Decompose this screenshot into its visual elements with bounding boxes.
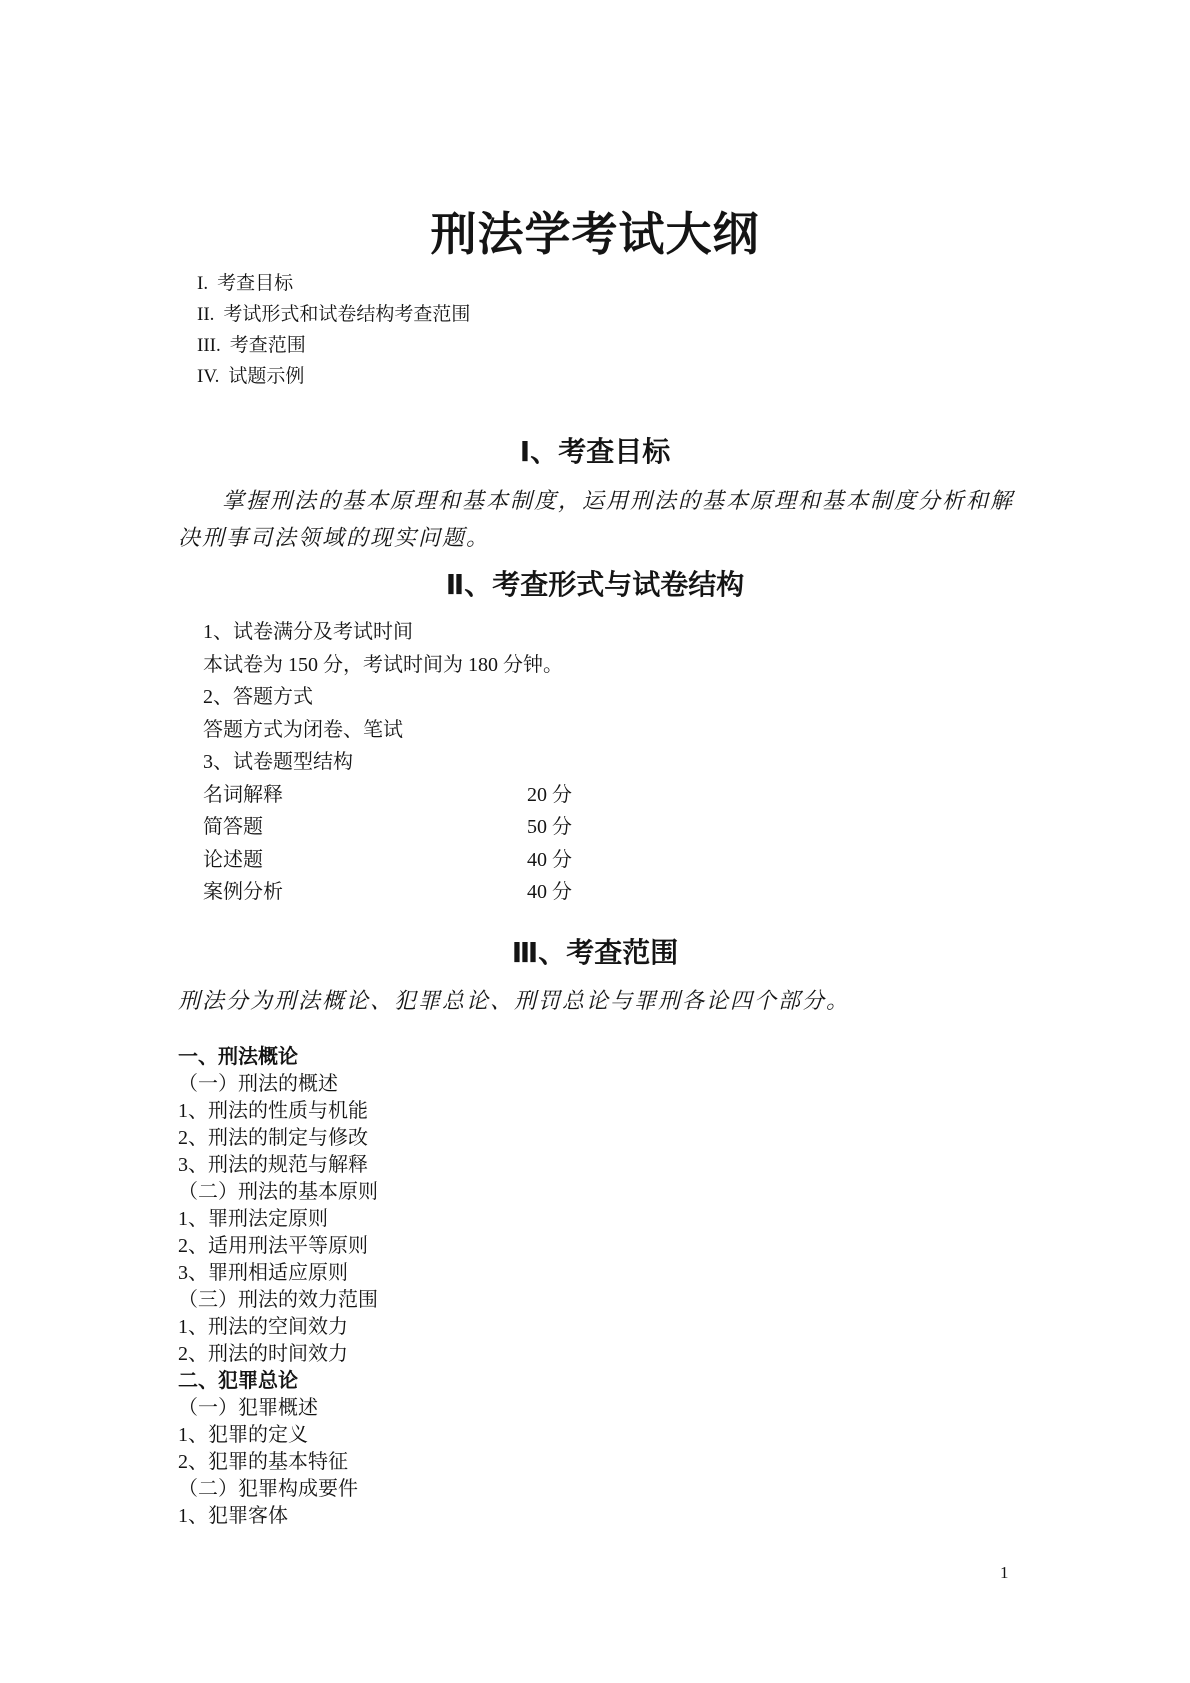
score-row: 案例分析 40 分 bbox=[203, 876, 903, 909]
outline-item: 1、刑法的性质与机能 bbox=[178, 1098, 878, 1125]
outline-item: 2、刑法的制定与修改 bbox=[178, 1125, 878, 1152]
score-table: 名词解释 20 分 简答题 50 分 论述题 40 分 案例分析 40 分 bbox=[203, 779, 903, 909]
toc-item-label: 考查范围 bbox=[230, 335, 306, 356]
question-score-value: 50 分 bbox=[527, 811, 572, 844]
exam-structure-line: 1、试卷满分及考试时间 bbox=[203, 616, 903, 649]
page-number: 1 bbox=[1000, 1558, 1009, 1588]
outline-item: 2、犯罪的基本特征 bbox=[178, 1449, 878, 1476]
toc-item: III.考查范围 bbox=[197, 330, 470, 361]
toc-item-number: IV. bbox=[197, 361, 219, 392]
question-score-value: 20 分 bbox=[527, 779, 572, 812]
question-score-value: 40 分 bbox=[527, 844, 572, 877]
score-row: 简答题 50 分 bbox=[203, 811, 903, 844]
outline-item: 1、刑法的空间效力 bbox=[178, 1314, 878, 1341]
exam-structure-line: 答题方式为闭卷、笔试 bbox=[203, 714, 903, 747]
outline-item: 1、犯罪客体 bbox=[178, 1503, 878, 1530]
toc-item-label: 试题示例 bbox=[228, 366, 304, 387]
outline-item: （二）刑法的基本原则 bbox=[178, 1179, 878, 1206]
exam-structure-block: 1、试卷满分及考试时间 本试卷为 150 分，考试时间为 180 分钟。 2、答… bbox=[203, 616, 903, 909]
outline-item: 一、刑法概论 bbox=[178, 1044, 878, 1071]
question-type-label: 论述题 bbox=[203, 844, 527, 877]
exam-structure-line: 2、答题方式 bbox=[203, 681, 903, 714]
outline-item: 3、刑法的规范与解释 bbox=[178, 1152, 878, 1179]
question-type-label: 案例分析 bbox=[203, 876, 527, 909]
exam-structure-line: 3、试卷题型结构 bbox=[203, 746, 903, 779]
table-of-contents: I.考查目标 II.考试形式和试卷结构考查范围 III.考查范围 IV.试题示例 bbox=[197, 268, 470, 392]
outline-item: 2、适用刑法平等原则 bbox=[178, 1233, 878, 1260]
outline-item: 二、犯罪总论 bbox=[178, 1368, 878, 1395]
section-2-heading: Ⅱ、考查形式与试卷结构 bbox=[0, 565, 1190, 605]
exam-structure-lines: 1、试卷满分及考试时间 本试卷为 150 分，考试时间为 180 分钟。 2、答… bbox=[203, 616, 903, 779]
outline-item: （一）犯罪概述 bbox=[178, 1395, 878, 1422]
toc-item: I.考查目标 bbox=[197, 268, 470, 299]
score-row: 论述题 40 分 bbox=[203, 844, 903, 877]
toc-item-number: I. bbox=[197, 268, 208, 299]
toc-item-label: 考试形式和试卷结构考查范围 bbox=[223, 304, 470, 325]
document-title: 刑法学考试大纲 bbox=[0, 200, 1190, 270]
document-page: 刑法学考试大纲 I.考查目标 II.考试形式和试卷结构考查范围 III.考查范围… bbox=[0, 0, 1190, 1683]
syllabus-outline: 一、刑法概论 （一）刑法的概述 1、刑法的性质与机能 2、刑法的制定与修改 3、… bbox=[178, 1044, 878, 1530]
exam-structure-line: 本试卷为 150 分，考试时间为 180 分钟。 bbox=[203, 649, 903, 682]
toc-item: IV.试题示例 bbox=[197, 361, 470, 392]
toc-item-label: 考查目标 bbox=[217, 273, 293, 294]
score-row: 名词解释 20 分 bbox=[203, 779, 903, 812]
outline-item: 1、犯罪的定义 bbox=[178, 1422, 878, 1449]
section-1-paragraph: 掌握刑法的基本原理和基本制度，运用刑法的基本原理和基本制度分析和解决刑事司法领域… bbox=[178, 482, 1023, 556]
outline-item: （一）刑法的概述 bbox=[178, 1071, 878, 1098]
toc-item: II.考试形式和试卷结构考查范围 bbox=[197, 299, 470, 330]
outline-item: （二）犯罪构成要件 bbox=[178, 1476, 878, 1503]
section-3-intro: 刑法分为刑法概论、犯罪总论、刑罚总论与罪刑各论四个部分。 bbox=[178, 982, 1058, 1019]
outline-item: 1、罪刑法定原则 bbox=[178, 1206, 878, 1233]
question-type-label: 简答题 bbox=[203, 811, 527, 844]
section-3-heading: Ⅲ、考查范围 bbox=[0, 933, 1190, 973]
outline-item: （三）刑法的效力范围 bbox=[178, 1287, 878, 1314]
outline-item: 3、罪刑相适应原则 bbox=[178, 1260, 878, 1287]
section-1-heading: Ⅰ、考查目标 bbox=[0, 432, 1190, 472]
question-type-label: 名词解释 bbox=[203, 779, 527, 812]
outline-item: 2、刑法的时间效力 bbox=[178, 1341, 878, 1368]
question-score-value: 40 分 bbox=[527, 876, 572, 909]
toc-item-number: II. bbox=[197, 299, 214, 330]
toc-item-number: III. bbox=[197, 330, 221, 361]
